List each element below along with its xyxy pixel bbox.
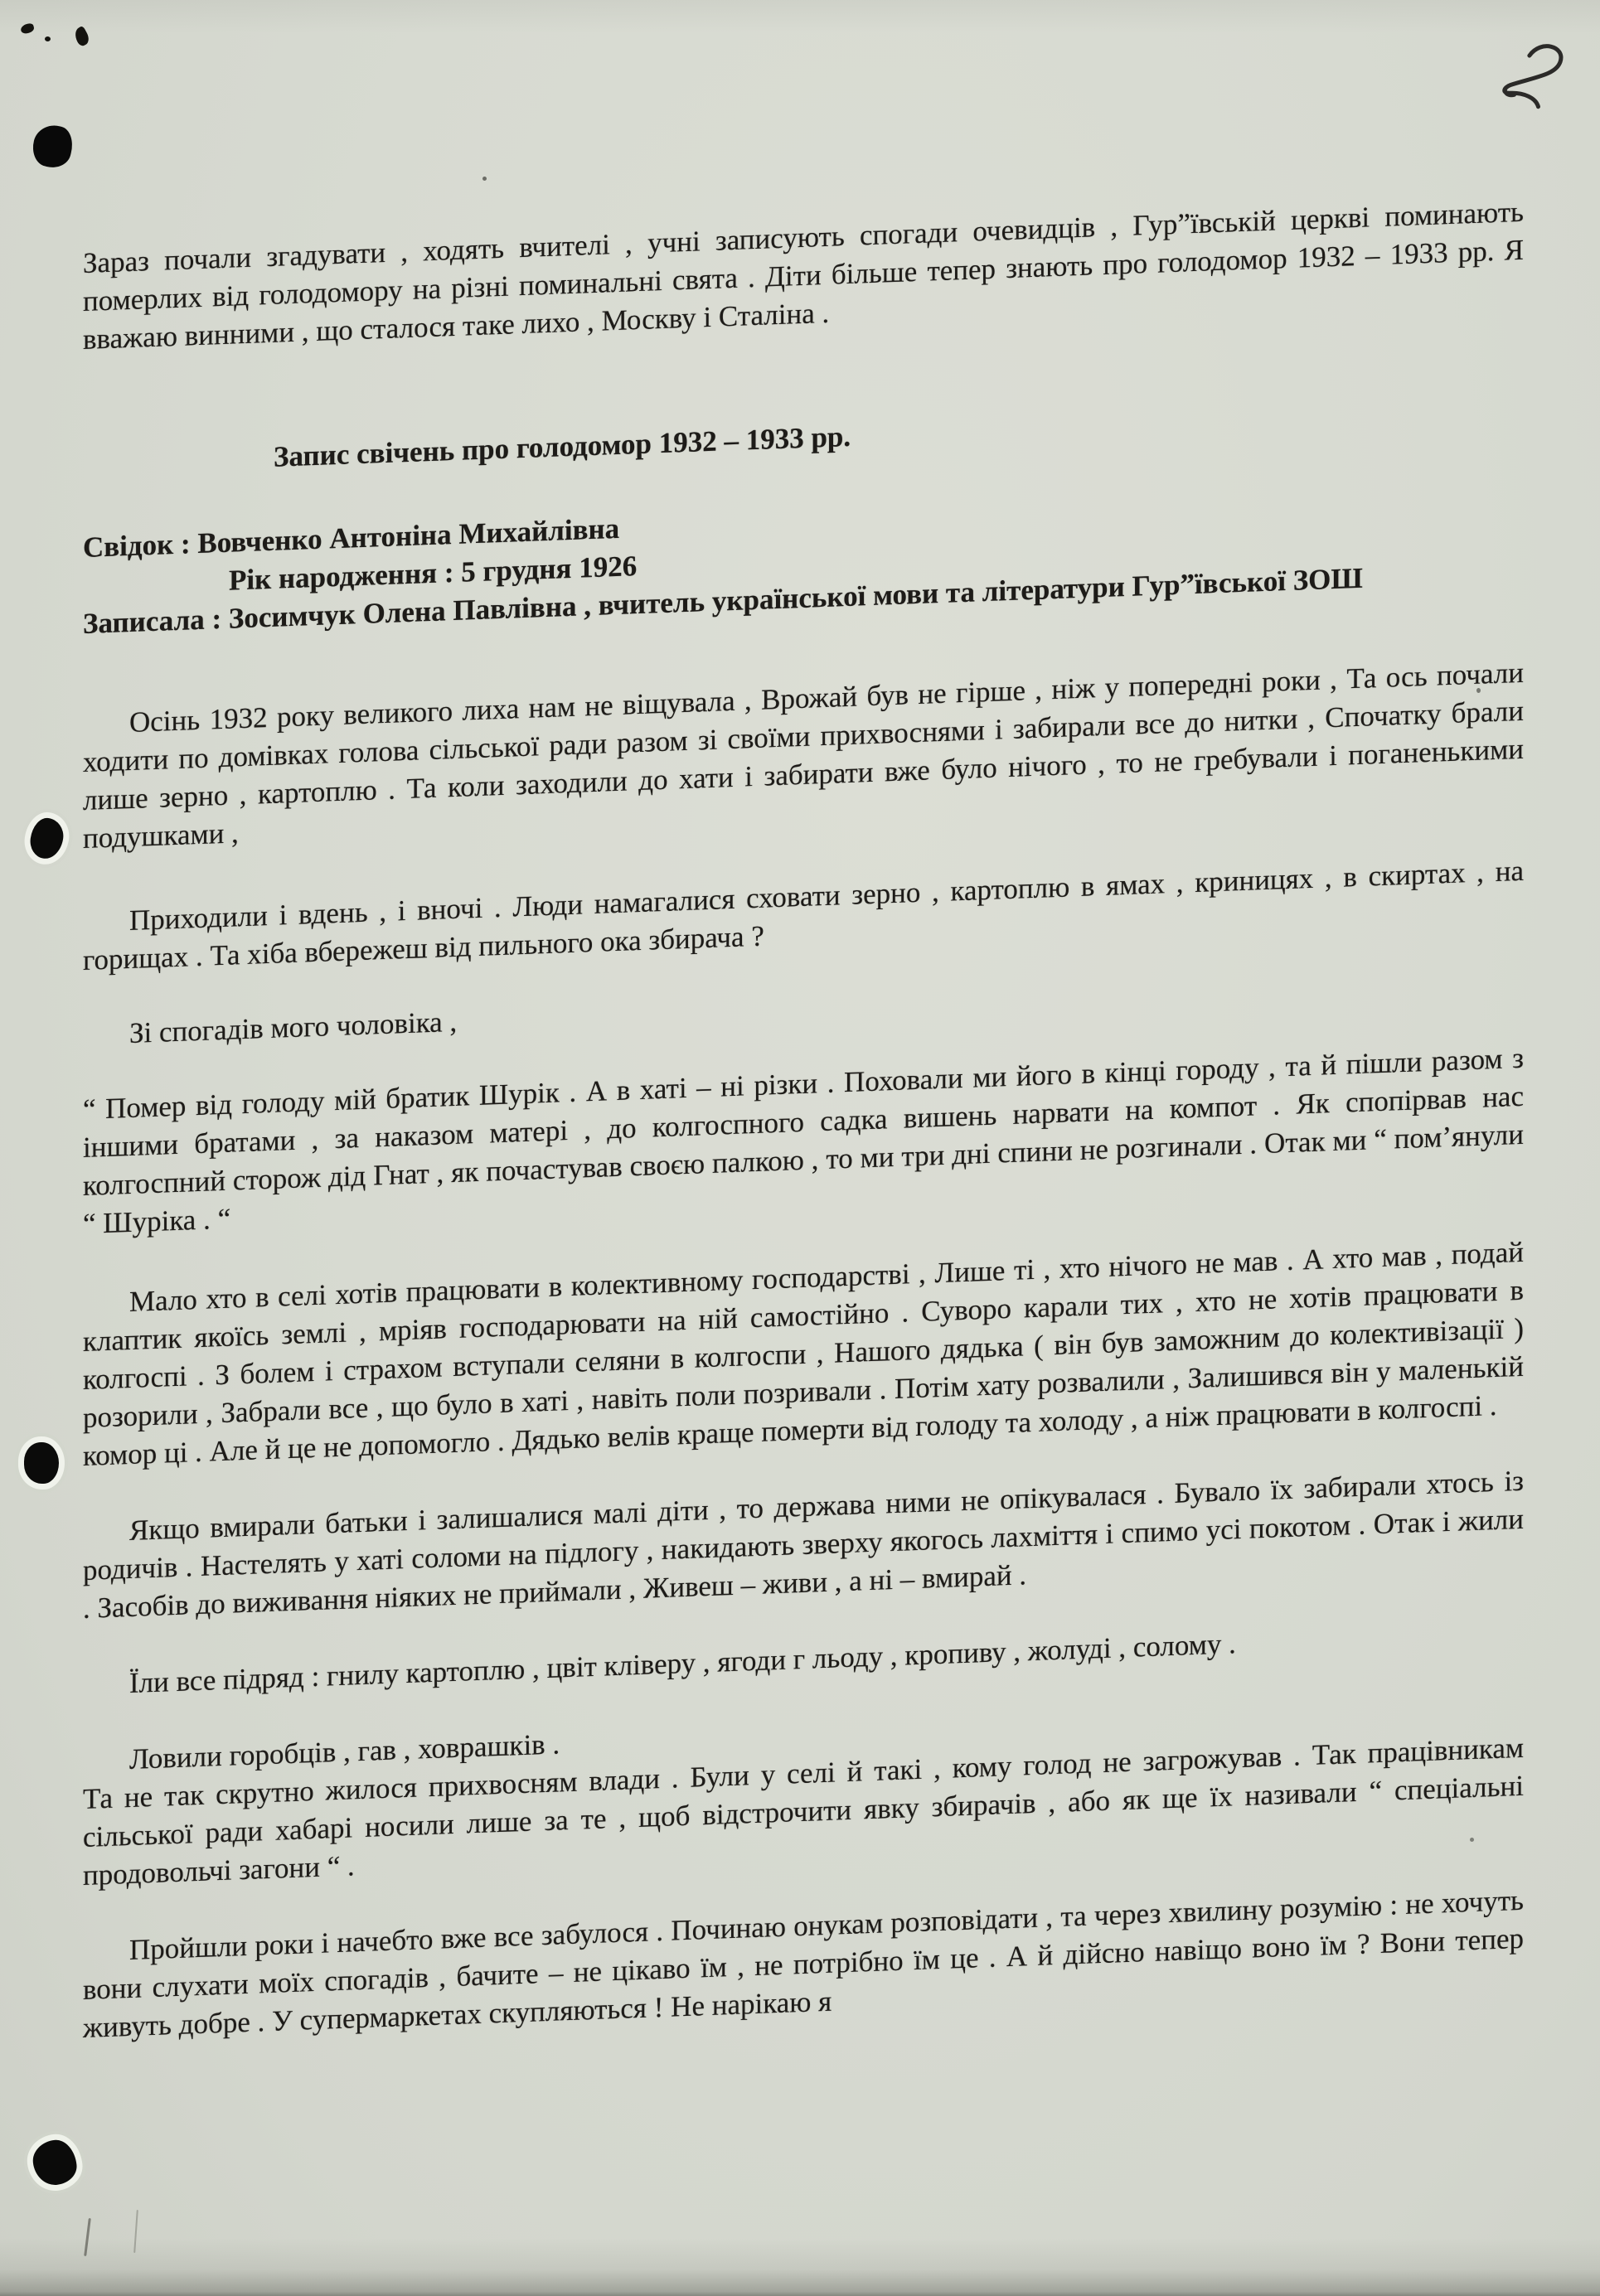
quote-paragraph: “ Помер від голоду мій братик Шурік . А …: [83, 1039, 1524, 1243]
body-paragraph: Мало хто в селі хотів працювати в колект…: [83, 1233, 1524, 1475]
record-heading: Запис свічень про голодомор 1932 – 1933 …: [274, 394, 1524, 477]
punch-hole: [31, 2138, 78, 2187]
body-paragraph: Зі спогадів мого чоловіка ,: [83, 965, 1524, 1054]
ink-speck: [45, 36, 51, 41]
scan-bottom-edge: [0, 2238, 1600, 2296]
punch-hole: [28, 816, 65, 861]
handwritten-digit-2-icon: [1491, 31, 1582, 139]
scanned-document-page: Зараз почали згадувати , ходять вчителі …: [0, 0, 1600, 2296]
handwritten-page-number: [1491, 31, 1582, 139]
witness-block: Свідок : Вовченко Антоніна Михайлівна Рі…: [83, 477, 1524, 643]
body-paragraph: Осінь 1932 року великого лиха нам не віщ…: [83, 654, 1524, 858]
punch-hole: [24, 1442, 59, 1484]
body-paragraph: Якщо вмирали батьки і залишалися малі ді…: [83, 1462, 1524, 1628]
body-paragraph-group: Ловили горобців , гав , ховрашків . Та н…: [83, 1691, 1524, 1895]
body-paragraph: Пройшли роки і начебто вже все забулося …: [83, 1882, 1524, 2047]
ink-blob: [29, 121, 77, 172]
document-text-block: Зараз почали згадувати , ходять вчителі …: [83, 193, 1524, 2047]
body-paragraph: Їли все підряд : гнилу картоплю , цвіт к…: [83, 1615, 1524, 1704]
intro-paragraph: Зараз почали згадувати , ходять вчителі …: [83, 193, 1524, 359]
body-paragraph: Приходили і вдень , і вночі . Люди намаг…: [83, 852, 1524, 980]
scan-top-shading: [0, 0, 1600, 33]
ink-speck: [482, 177, 487, 181]
